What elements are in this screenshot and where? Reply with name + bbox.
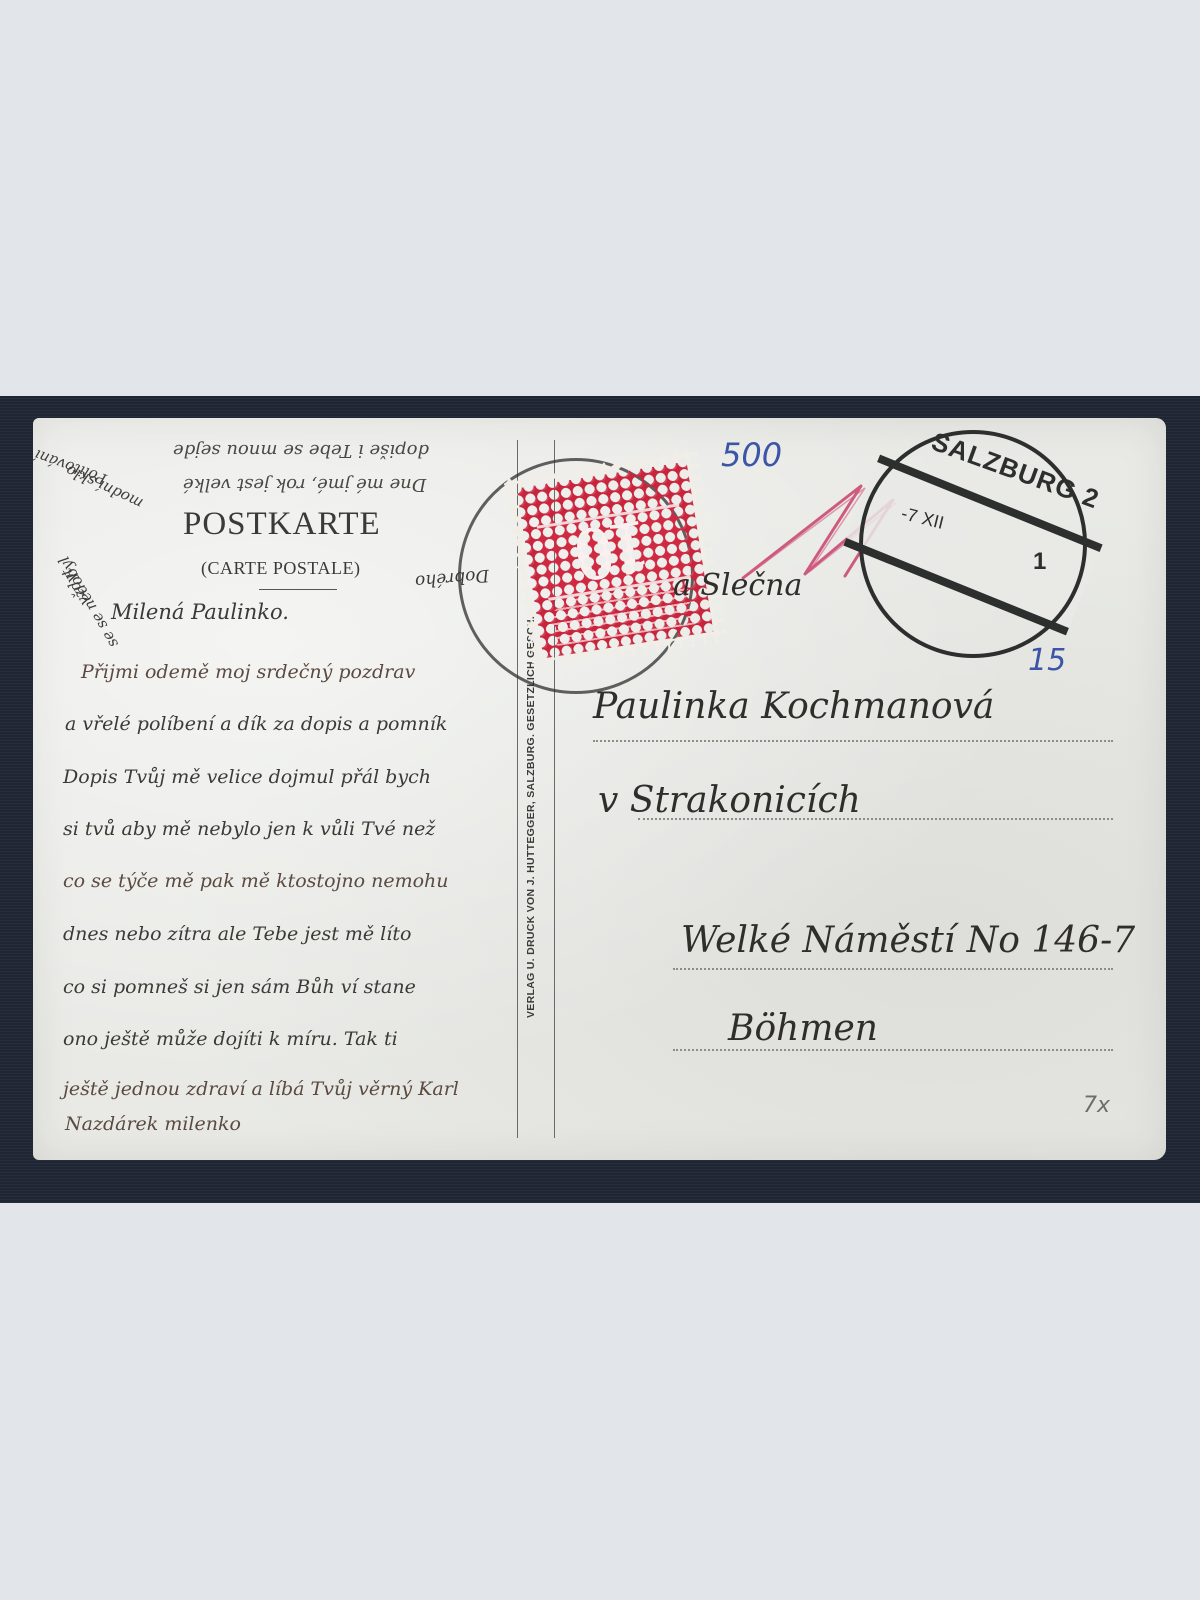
message-line: co si pomneš si jen sám Bůh ví stane [63, 976, 416, 998]
stamp-face: 10 [517, 462, 714, 659]
message-line: Nazdárek milenko [65, 1113, 241, 1135]
message-line: ještě jednou zdraví a líbá Tvůj věrný Ka… [63, 1078, 459, 1100]
message-line: ono ještě může dojíti k míru. Tak ti [63, 1028, 398, 1050]
address-country: Böhmen [728, 1008, 878, 1049]
blue-annotation-15: 15 [1028, 643, 1066, 678]
card-subtitle: (CARTE POSTALE) [201, 558, 360, 579]
address-salutation: a Slečna [673, 568, 802, 603]
address-dotted-line [673, 968, 1113, 970]
message-line: si tvů aby mě nebylo jen k vůli Tvé než [63, 818, 435, 840]
message-line: Přijmi odemě moj srdečný pozdrav [81, 661, 415, 683]
message-line: dnes nebo zítra ale Tebe jest mě líto [63, 923, 411, 945]
message-line: co se týče mě pak mě ktostojno nemohu [63, 870, 449, 892]
pencil-annotation: 7x [1083, 1093, 1110, 1118]
postmark-hour: 1 [1033, 548, 1046, 576]
upside-down-message-line: dopiše i Tebe se mnou sejde [173, 440, 429, 461]
address-town: v Strakonicích [598, 780, 861, 821]
subtitle-rule [259, 589, 337, 590]
postage-due-stamp: 10 [503, 448, 727, 672]
message-line: Dopis Tvůj mě velice dojmul přál bych [63, 766, 431, 788]
card-title: POSTKARTE [183, 506, 381, 543]
message-line: a vřelé políbení a dík za dopis a pomník [65, 713, 447, 735]
upside-down-message-line: Dne mé jmé, rok jest velké [183, 474, 426, 495]
address-dotted-line [673, 1049, 1113, 1051]
address-dotted-line [593, 740, 1113, 742]
postcard: dopiše i Tebe se mnou sejde Dne mé jmé, … [33, 418, 1166, 1160]
message-greeting: Milená Paulinko. [111, 600, 289, 624]
address-recipient: Paulinka Kochmanová [593, 686, 994, 727]
address-dotted-line [638, 818, 1113, 820]
address-street: Welké Náměstí No 146-7 [681, 920, 1135, 961]
